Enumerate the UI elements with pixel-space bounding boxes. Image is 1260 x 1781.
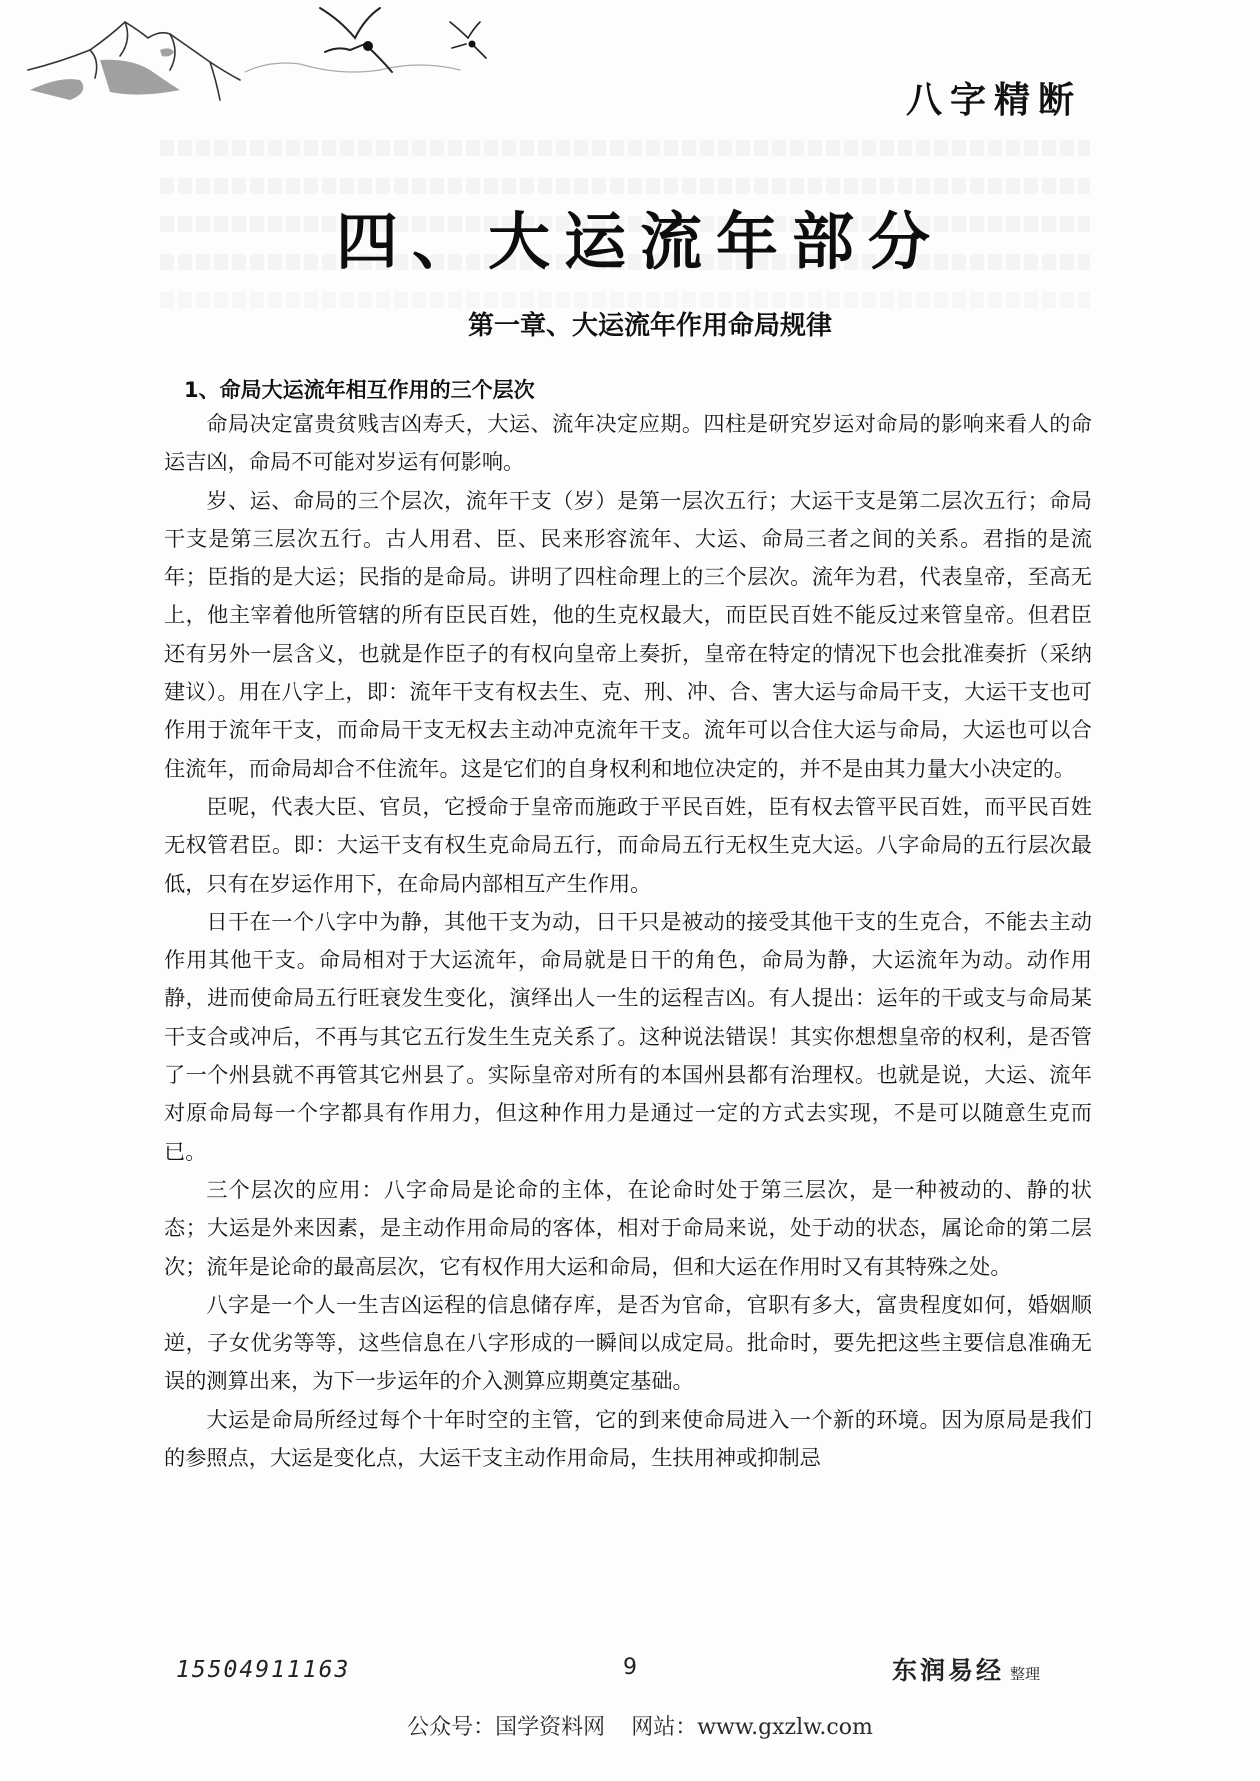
paragraph: 八字是一个人一生吉凶运程的信息储存库，是否为官命，官职有多大，富贵程度如何，婚姻… [164,1286,1092,1401]
bleed-through-line [160,140,1090,156]
section-heading: 1、命局大运流年相互作用的三个层次 [184,374,535,404]
footer-phone-number: 15504911163 [176,1657,350,1683]
scanned-book-page: 八字精断 四、大运流年部分 第一章、大运流年作用命局规律 1、命局大运流年相互作… [0,0,1260,1781]
paragraph: 命局决定富贵贫贱吉凶寿夭，大运、流年决定应期。四柱是研究岁运对命局的影响来看人的… [164,405,1092,482]
paragraph: 岁、运、命局的三个层次，流年干支（岁）是第一层次五行；大运干支是第二层次五行；命… [164,482,1092,788]
credit-brand: 东润易经 [892,1656,1004,1685]
mountain-crane-illustration-icon [20,0,540,130]
footer-watermark: 公众号：国学资料网网站：www.gxzlw.com [0,1710,1260,1741]
paragraph: 日干在一个八字中为静，其他干支为动，日干只是被动的接受其他干支的生克合，不能去主… [164,903,1092,1171]
credit-role: 整理 [1010,1665,1040,1683]
watermark-website: 网站：www.gxzlw.com [631,1715,873,1740]
paragraph: 大运是命局所经过每个十年时空的主管，它的到来使命局进入一个新的环境。因为原局是我… [164,1401,1092,1478]
watermark-account: 公众号：国学资料网 [407,1715,605,1740]
body-text: 命局决定富贵贫贱吉凶寿夭，大运、流年决定应期。四柱是研究岁运对命局的影响来看人的… [164,405,1092,1477]
running-title: 八字精断 [906,72,1082,123]
crane-body [363,41,373,51]
footer-credit: 东润易经整理 [892,1651,1040,1687]
page-number: 9 [404,1655,856,1680]
paragraph: 臣呢，代表大臣、官员，它授命于皇帝而施政于平民百姓，臣有权去管平民百姓，而平民百… [164,788,1092,903]
paragraph: 三个层次的应用：八字命局是论命的主体，在论命时处于第三层次，是一种被动的、静的状… [164,1171,1092,1286]
chapter-title: 第一章、大运流年作用命局规律 [0,305,1260,342]
part-title: 四、大运流年部分 [0,192,1260,281]
